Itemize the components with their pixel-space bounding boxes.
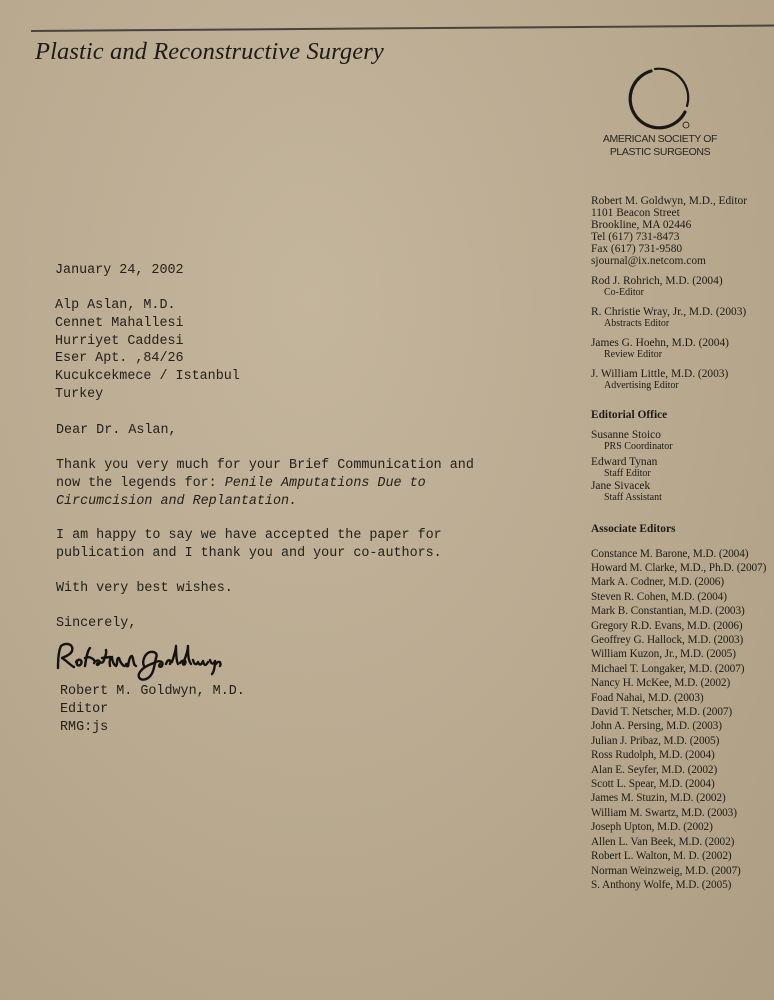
associate-editor-item: S. Anthony Wolfe, M.D. (2005) [591,878,771,892]
journal-title: Plastic and Reconstructive Surgery [35,38,384,66]
associate-editor-item: Norman Weinzweig, M.D. (2007) [591,864,771,878]
contact-tel: Tel (617) 731-8473 [591,231,771,243]
associate-editor-item: Steven R. Cohen, M.D. (2004) [591,590,771,604]
associate-editor-item: Howard M. Clarke, M.D., Ph.D. (2007) [591,561,771,575]
signer-title: Editor [60,701,245,719]
contact-email[interactable]: sjournal@ix.netcom.com [591,255,771,267]
associate-editor-item: Mark B. Constantian, M.D. (2003) [591,604,771,618]
contact-street: 1101 Beacon Street [591,207,771,219]
staff-entry: Edward Tynan Staff Editor [591,456,771,480]
associate-editor-item: Robert L. Walton, M. D. (2002) [591,849,771,863]
associate-editor-item: Scott L. Spear, M.D. (2004) [591,777,771,791]
staff-entry: Jane Sivacek Staff Assistant [591,480,771,504]
associate-editor-item: Foad Nahai, M.D. (2003) [591,691,771,705]
paragraph-line: now the legends for: Penile Amputations … [56,475,474,493]
editor-contact-block: Robert M. Goldwyn, M.D., Editor 1101 Bea… [591,195,771,268]
editor-role: Advertising Editor [591,380,771,392]
address-line: Hurriyet Caddesi [55,333,240,351]
associate-editor-item: Julian J. Pribaz, M.D. (2005) [591,734,771,748]
associate-editor-item: Alan E. Seyfer, M.D. (2002) [591,763,771,777]
editor-role: Co-Editor [591,287,771,299]
editor-role: Abstracts Editor [591,318,771,330]
address-line: Turkey [55,386,240,404]
staff-name: Jane Sivacek [591,480,771,493]
paragraph-text: now the legends for: [56,476,225,491]
staff-role: PRS Coordinator [591,441,771,453]
associate-editors-heading: Associate Editors [591,523,771,535]
paragraph-acceptance: I am happy to say we have accepted the p… [56,527,442,563]
signer-name: Robert M. Goldwyn, M.D. [60,683,245,701]
associate-editor-item: David T. Netscher, M.D. (2007) [591,705,771,719]
editor-name: J. William Little, M.D. (2003) [591,368,771,381]
salutation: Dear Dr. Aslan, [56,422,177,440]
paper-title: Circumcision and Replantation. [56,493,474,511]
editorial-office-heading: Editorial Office [591,409,771,421]
contact-editor: Robert M. Goldwyn, M.D., Editor [591,195,771,207]
associate-editor-item: William M. Swartz, M.D. (2003) [591,806,771,820]
associate-editor-item: Nancy H. McKee, M.D. (2002) [591,676,771,690]
letterhead-rule [31,25,774,32]
associate-editor-item: John A. Persing, M.D. (2003) [591,719,771,733]
address-line: Alp Aslan, M.D. [55,297,240,315]
editor-name: James G. Hoehn, M.D. (2004) [591,337,771,350]
handwritten-signature-icon [52,636,292,689]
address-line: Cennet Mahallesi [55,315,240,333]
staff-name: Susanne Stoico [591,429,771,442]
editor-name: R. Christie Wray, Jr., M.D. (2003) [591,306,771,319]
reference-initials: RMG:js [60,719,245,737]
staff-name: Edward Tynan [591,456,771,469]
staff-role: Staff Editor [591,468,771,480]
editor-entry: J. William Little, M.D. (2003) Advertisi… [591,368,771,392]
asps-ring-logo-icon [625,62,695,132]
paper-title: Penile Amputations Due to [225,476,426,491]
letter-date: January 24, 2002 [55,262,184,280]
contact-city: Brookline, MA 02446 [591,219,771,231]
address-line: Eser Apt. ,84/26 [55,350,240,368]
paragraph-line: publication and I thank you and your co-… [56,545,442,563]
asps-logo: AMERICAN SOCIETY OF PLASTIC SURGEONS [590,62,730,158]
associate-editor-item: Joseph Upton, M.D. (2002) [591,820,771,834]
associate-editor-item: Geoffrey G. Hallock, M.D. (2003) [591,633,771,647]
editor-name: Rod J. Rohrich, M.D. (2004) [591,275,771,288]
associate-editors-section: Associate Editors Constance M. Barone, M… [591,523,771,893]
editor-role: Review Editor [591,349,771,361]
paragraph-thanks: Thank you very much for your Brief Commu… [56,457,474,510]
logo-org-name-line2: PLASTIC SURGEONS [590,146,730,158]
associate-editor-item: Constance M. Barone, M.D. (2004) [591,547,771,561]
editor-entry: James G. Hoehn, M.D. (2004) Review Edito… [591,337,771,361]
associate-editor-item: William Kuzon, Jr., M.D. (2005) [591,647,771,661]
paragraph-line: I am happy to say we have accepted the p… [56,527,442,545]
associate-editor-item: Allen L. Van Beek, M.D. (2002) [591,835,771,849]
associate-editor-item: Michael T. Longaker, M.D. (2007) [591,662,771,676]
editorial-office-section: Editorial Office Susanne Stoico PRS Coor… [591,409,771,504]
associate-editors-list: Constance M. Barone, M.D. (2004)Howard M… [591,547,771,893]
closing-line: Sincerely, [56,615,136,633]
editor-entry: R. Christie Wray, Jr., M.D. (2003) Abstr… [591,306,771,330]
contact-fax: Fax (617) 731-9580 [591,243,771,255]
recipient-address: Alp Aslan, M.D. Cennet Mahallesi Hurriye… [55,297,240,404]
associate-editor-item: Mark A. Codner, M.D. (2006) [591,575,771,589]
staff-role: Staff Assistant [591,492,771,504]
logo-org-name-line1: AMERICAN SOCIETY OF [590,133,730,145]
associate-editor-item: Gregory R.D. Evans, M.D. (2006) [591,619,771,633]
signature-block: Robert M. Goldwyn, M.D. Editor RMG:js [60,683,245,736]
wishes-line: With very best wishes. [56,580,233,598]
address-line: Kucukcekmece / Istanbul [55,368,240,386]
associate-editor-item: James M. Stuzin, M.D. (2002) [591,791,771,805]
staff-entry: Susanne Stoico PRS Coordinator [591,429,771,453]
associate-editor-item: Ross Rudolph, M.D. (2004) [591,748,771,762]
masthead: Robert M. Goldwyn, M.D., Editor 1101 Bea… [591,195,771,892]
paragraph-line: Thank you very much for your Brief Commu… [56,457,474,475]
editor-entry: Rod J. Rohrich, M.D. (2004) Co-Editor [591,275,771,299]
